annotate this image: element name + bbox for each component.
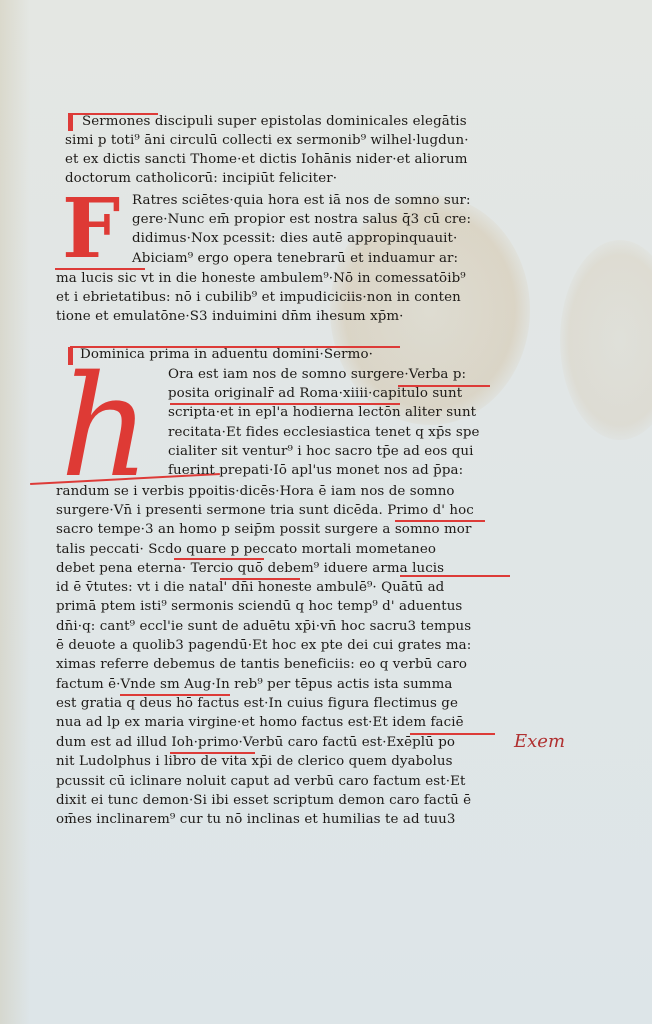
rubric-overline [410,733,495,735]
body-line: tione et emulatōne·S3 induimini dn̄m ihe… [56,308,404,326]
printed-page: Sermones discipuli super epistolas domin… [0,0,652,1024]
title-line: Sermones discipuli super epistolas domin… [82,113,467,131]
body-line: dixit ei tunc demon·Si ibi esset scriptu… [56,792,471,810]
body-line: om̄es inclinarem⁹ cur tu nō inclinas et … [56,811,456,829]
body-line: surgere·Vn̄ i presenti sermone tria sunt… [56,502,474,520]
body-line: recitata·Et fides ecclesiastica tenet q … [168,424,480,442]
body-line: dn̄i·q: cant⁹ eccl'ie sunt de aduētu xp̄… [56,618,471,636]
body-line: est gratia q deus hō factus est·In cuius… [56,695,458,713]
body-line: randum se i verbis ppoitis·dicēs·Hora ē … [56,483,455,501]
title-line: et ex dictis sancti Thome·et dictis Iohā… [65,151,468,169]
rubric-paragraph-mark [68,113,73,131]
body-line: fuerint prepati·Iō apl'us monet nos ad p… [168,462,463,480]
body-line: primā ptem isti⁹ sermonis sciendū q hoc … [56,598,462,616]
body-line: talis peccati· Scdo quare p peccato mort… [56,541,436,559]
rubric-overline [400,575,510,577]
body-line: nit Ludolphus i libro de vita xp̄i de cl… [56,753,453,771]
body-line: ma lucis sic vt in die honeste ambulem⁹·… [56,270,466,288]
body-line: ē deuote a quolib3 pagendū·Et hoc ex pte… [56,637,471,655]
body-line: cialiter sit ventur⁹ i hoc sacro tp̄e ad… [168,443,474,461]
body-line: nua ad lp ex maria virgine·et homo factu… [56,714,464,732]
body-line: sacro tempe·3 an homo p seip̄m possit su… [56,521,471,539]
body-line: id ē v̄tutes: vt i die natal' dn̄i hones… [56,579,444,597]
body-line: didimus·Nox pcessit: dies autē appropinq… [132,230,457,248]
body-line: Abiciam⁹ ergo opera tenebrarū et induamu… [132,250,458,268]
body-line: factum ē·Vnde sm Aug·In reb⁹ per tēpus a… [56,676,452,694]
body-line: gere·Nunc em̄ propior est nostra salus q… [132,211,471,229]
body-line: posita originalr̄ ad Roma·xiiii·capitulo… [168,385,462,403]
body-line: Ora est iam nos de somno surgere·Verba p… [168,366,466,384]
marginal-note: Exem [514,731,565,752]
body-line: et i ebrietatibus: nō i cubilib⁹ et impu… [56,289,461,307]
body-line: ximas referre debemus de tantis benefici… [56,656,467,674]
body-line: debet pena eterna· Tercio quō debem⁹ idu… [56,560,444,578]
body-line: Ratres sciētes·quia hora est iā nos de s… [132,192,471,210]
decorated-initial-f: F [62,188,120,270]
body-line: scripta·et in epl'a hodierna lectōn alit… [168,404,476,422]
body-line: pcussit cū iclinare noluit caput ad verb… [56,773,465,791]
body-line: dum est ad illud Ioh·primo·Verbū caro fa… [56,734,455,752]
title-line: simi p toti⁹ āni circulū collecti ex ser… [65,132,469,150]
